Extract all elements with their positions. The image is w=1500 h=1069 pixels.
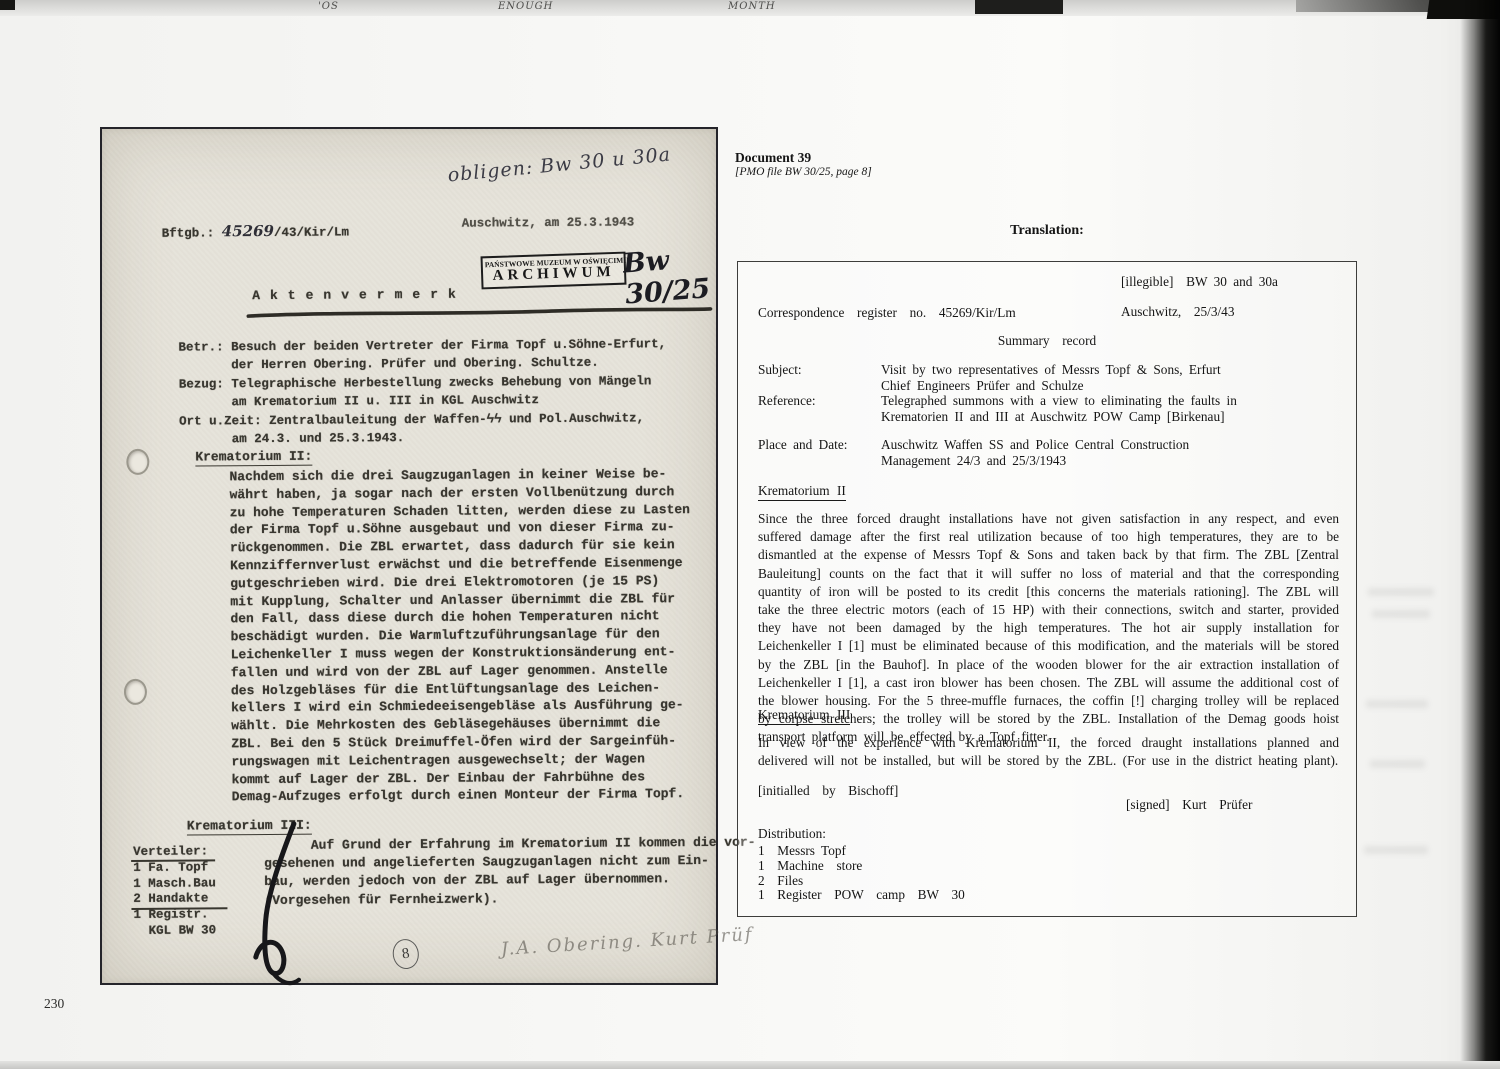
reference-label: Reference: [758, 393, 816, 409]
bleedthrough-mark [1364, 846, 1428, 854]
subject-value: Visit by two representatives of Messrs T… [881, 362, 1221, 393]
translation-heading: Translation: [737, 223, 1357, 239]
original-document-photo: obligen: Bw 30 u 30a Bftgb.: 45269/43/Ki… [100, 127, 718, 985]
handwritten-stamp-annotation: Bw 30/25 [622, 242, 716, 311]
top-edge-fragment: ENOUGH [498, 1, 553, 12]
top-edge-fragment: 'OS [318, 1, 339, 12]
scan-bottom-edge [0, 1061, 1500, 1069]
reference-value: Telegraphed summons with a view to elimi… [881, 393, 1237, 424]
document-number-label: Document 39 [735, 150, 811, 166]
place-date-block-original: Ort u.Zeit: Zentralbauleitung der Waffen… [179, 410, 644, 448]
scan-dark-block [975, 0, 1063, 14]
stamp-archive-word: ARCHIWUM [485, 265, 622, 285]
book-page-scan: 'OS ENOUGH MONTH 230 obligen: Bw 30 u 30… [0, 0, 1500, 1069]
document-source-citation: [PMO file BW 30/25, page 8] [735, 166, 872, 178]
original-document-content: obligen: Bw 30 u 30a Bftgb.: 45269/43/Ki… [99, 127, 719, 985]
signed-note: [signed] Kurt Prüfer [1126, 797, 1252, 813]
krematorium-3-paragraph-original: Auf Grund der Erfahrung im Krematorium I… [264, 834, 756, 910]
bleedthrough-mark [1366, 700, 1428, 708]
title-underline-stroke [246, 305, 714, 320]
book-binding-shadow [1460, 0, 1500, 1069]
distribution-label: Distribution: [758, 826, 826, 842]
archive-stamp: PAŃSTWOWE MUZEUM W OŚWIĘCIMIU ARCHIWUM [481, 252, 627, 290]
krematorium-2-heading-original: Krematorium II: [195, 449, 312, 467]
krematorium-2-heading: Krematorium II [758, 483, 846, 501]
summary-record-title: Summary record [738, 333, 1356, 349]
krematorium-3-paragraph: In view of the experience with Krematori… [758, 734, 1339, 770]
bleedthrough-mark [1372, 610, 1430, 618]
scan-top-edge: 'OS ENOUGH MONTH [0, 0, 1500, 16]
reference-block-original: Bezug: Telegraphische Herbestellung zwec… [179, 373, 652, 411]
register-number-line: Bftgb.: 45269/43/Kir/Lm [162, 221, 349, 240]
page-number: 230 [44, 996, 64, 1012]
subject-label: Subject: [758, 362, 802, 378]
top-edge-fragment: MONTH [728, 1, 776, 12]
dateline: Auschwitz, am 25.3.1943 [462, 215, 635, 230]
bleedthrough-mark [1368, 588, 1434, 596]
subject-block-original: Betr.: Besuch der beiden Vertreter der F… [178, 336, 666, 374]
translation-box: [illegible] BW 30 and 30a Correspondence… [737, 261, 1357, 917]
circled-page-number: 8 [391, 937, 421, 970]
distribution-items: 1 Messrs Topf 1 Machine store 2 Files 1 … [758, 844, 965, 903]
correspondence-register-line: Correspondence register no. 45269/Kir/Lm [758, 305, 1016, 321]
pen-flourish-mark [234, 820, 315, 991]
handwritten-signature: J.A. Obering. Kurt Prüf [500, 924, 754, 960]
place-date-label: Place and Date: [758, 437, 847, 453]
bleedthrough-mark [1370, 760, 1425, 768]
scan-corner-mark [0, 0, 15, 10]
hole-punch [124, 679, 147, 705]
document-title: Aktenvermerk [252, 287, 466, 303]
hole-punch [126, 449, 149, 475]
place-date-value: Auschwitz Waffen SS and Police Central C… [881, 437, 1189, 468]
illegible-file-reference: [illegible] BW 30 and 30a [1121, 274, 1278, 290]
translation-dateline: Auschwitz, 25/3/43 [1121, 304, 1234, 320]
handwritten-file-annotation: obligen: Bw 30 u 30a [447, 143, 672, 186]
initialled-note: [initialled by Bischoff] [758, 783, 898, 799]
register-suffix: /43/Kir/Lm [274, 225, 349, 240]
handwritten-register-number: 45269 [222, 222, 274, 240]
register-prefix: Bftgb.: [162, 226, 222, 240]
krematorium-3-heading: Krematorium III [758, 707, 850, 725]
krematorium-2-paragraph-original: Nachdem sich die drei Saugzuganlagen in … [229, 465, 692, 806]
